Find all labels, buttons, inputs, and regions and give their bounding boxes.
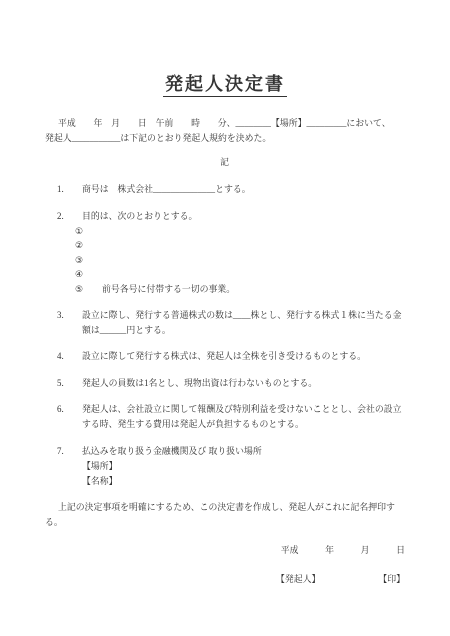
sub-item: ③ (75, 253, 405, 268)
sub-line: 【場所】 (82, 459, 405, 474)
item-body: 発起人は、会社設立に関して報酬及び特別利益を受けないこととし、会社の設立する時、… (82, 402, 405, 432)
item-number: 5. (45, 376, 82, 391)
sub-item-text (102, 238, 405, 253)
opening-paragraph: 平成 年 月 日 午前 時 分、________【場所】_________におい… (45, 116, 405, 146)
item-number: 4. (45, 349, 82, 364)
decision-item-6: 6.発起人は、会社設立に関して報酬及び特別利益を受けないこととし、会社の設立する… (45, 402, 405, 432)
sub-item: ⑤前号各号に付帯する一切の事業。 (75, 282, 405, 297)
item-number: 6. (45, 402, 82, 432)
sub-item-marker: ③ (75, 253, 102, 268)
item-text: 払込みを取り扱う金融機関及び 取り扱い場所 (82, 444, 405, 459)
sub-item-text (102, 267, 405, 282)
closing-paragraph: 上記の決定事項を明確にするため、この決定書を作成し、発起人がこれに記名押印する。 (45, 500, 405, 530)
item-body: 発起人の員数は1名とし、現物出資は行わないものとする。 (82, 376, 405, 391)
item-number: 3. (45, 308, 82, 338)
item-body: 設立に際して発行する株式は、発起人は全株を引き受けるものとする。 (82, 349, 405, 364)
seal-label: 【印】 (378, 572, 405, 587)
decision-item-5: 5.発起人の員数は1名とし、現物出資は行わないものとする。 (45, 376, 405, 391)
item-text: 設立に際して発行する株式は、発起人は全株を引き受けるものとする。 (82, 349, 405, 364)
sub-item-marker: ④ (75, 267, 102, 282)
item-number: 1. (45, 182, 82, 197)
sub-item-marker: ① (75, 224, 102, 239)
document-page: 発起人決定書 平成 年 月 日 午前 時 分、________【場所】_____… (0, 0, 450, 636)
sub-item: ① (75, 224, 405, 239)
sub-item: ② (75, 238, 405, 253)
date-line: 平成 年 月 日 (45, 543, 405, 558)
sub-item-marker: ② (75, 238, 102, 253)
item-text: 設立に際し、発行する普通株式の数は____株とし、発行する株式１株に当たる金額は… (82, 308, 405, 338)
item-number: 7. (45, 444, 82, 489)
sub-item-text (102, 224, 405, 239)
item-body: 払込みを取り扱う金融機関及び 取り扱い場所【場所】【名称】 (82, 444, 405, 489)
sub-item: ④ (75, 267, 405, 282)
signature-row: 【発起人】 【印】 (45, 572, 405, 587)
item-body: 商号は 株式会社______________とする。 (82, 182, 405, 197)
sub-item-text (102, 253, 405, 268)
decision-item-2: 2.目的は、次のとおりとする。①②③④⑤前号各号に付帯する一切の事業。 (45, 209, 405, 297)
opening-line-1: 平成 年 月 日 午前 時 分、________【場所】_________におい… (45, 116, 405, 131)
item-text: 商号は 株式会社______________とする。 (82, 182, 405, 197)
decision-item-3: 3.設立に際し、発行する普通株式の数は____株とし、発行する株式１株に当たる金… (45, 308, 405, 338)
document-title-text: 発起人決定書 (163, 74, 287, 97)
decision-item-4: 4.設立に際して発行する株式は、発起人は全株を引き受けるものとする。 (45, 349, 405, 364)
decision-items-list: 1.商号は 株式会社______________とする。2.目的は、次のとおりと… (45, 182, 405, 489)
sub-item-text: 前号各号に付帯する一切の事業。 (102, 282, 405, 297)
item-text: 発起人の員数は1名とし、現物出資は行わないものとする。 (82, 376, 405, 391)
decision-item-1: 1.商号は 株式会社______________とする。 (45, 182, 405, 197)
decision-item-7: 7.払込みを取り扱う金融機関及び 取り扱い場所【場所】【名称】 (45, 444, 405, 489)
sub-item-marker: ⑤ (75, 282, 102, 297)
opening-line-2: 発起人___________は下記のとおり発起人規約を決めた。 (45, 131, 405, 146)
founder-label: 【発起人】 (276, 572, 320, 587)
item-body: 目的は、次のとおりとする。①②③④⑤前号各号に付帯する一切の事業。 (82, 209, 405, 297)
item-body: 設立に際し、発行する普通株式の数は____株とし、発行する株式１株に当たる金額は… (82, 308, 405, 338)
item-text: 発起人は、会社設立に関して報酬及び特別利益を受けないこととし、会社の設立する時、… (82, 402, 405, 432)
sub-line: 【名称】 (82, 474, 405, 489)
item-text: 目的は、次のとおりとする。 (82, 209, 405, 224)
separator-ki: 記 (45, 155, 405, 170)
document-title: 発起人決定書 (45, 72, 405, 96)
